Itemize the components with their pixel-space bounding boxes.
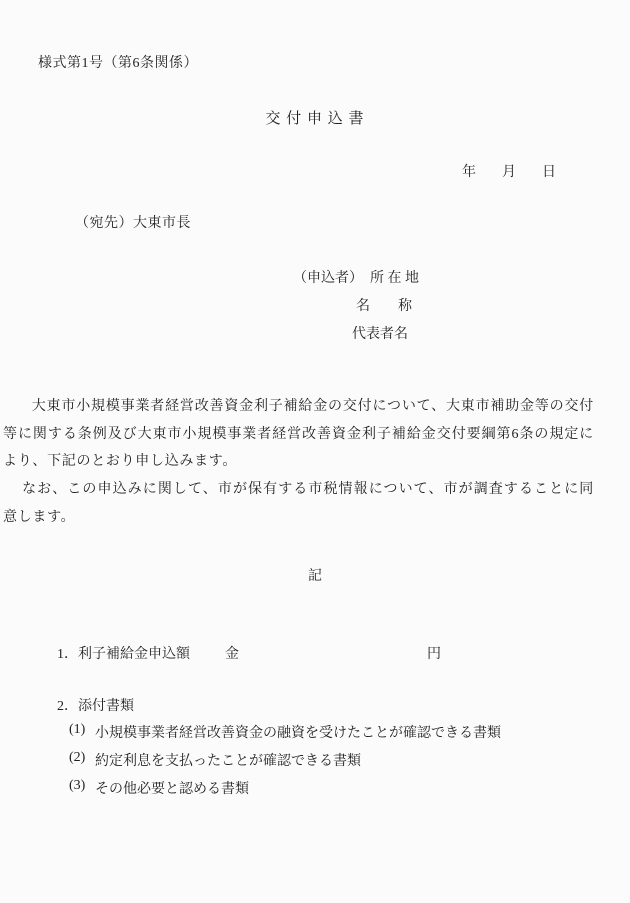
item1-currency-suffix: 円	[427, 643, 441, 663]
applicant-address-label: 所 在 地	[370, 271, 419, 286]
body-paragraph-1: 大東市小規模事業者経営改善資金利子補給金の交付について、大東市補助金等の交付等に…	[3, 393, 594, 476]
date-year-label: 年	[462, 161, 476, 181]
body-paragraph-2: なお、この申込みに関して、市が保有する市税情報について、市が調査することに同意し…	[3, 476, 594, 531]
attachment-item: (2) 約定利息を支払ったことが確認できる書類	[69, 750, 501, 778]
attachment-text: 小規模事業者経営改善資金の融資を受けたことが確認できる書類	[95, 722, 501, 742]
applicant-address-row: （申込者）所 在 地	[293, 267, 419, 287]
applicant-label: （申込者）	[293, 271, 363, 286]
applicant-representative-label: 代表者名	[352, 323, 408, 343]
attachment-number: (2)	[69, 750, 95, 766]
item1-label: 1．利子補給金申込額	[57, 643, 190, 663]
attachment-item: (1) 小規模事業者経営改善資金の融資を受けたことが確認できる書類	[69, 722, 501, 750]
form-number: 様式第1号（第6条関係）	[38, 52, 198, 72]
date-day-label: 日	[542, 161, 556, 181]
attachment-number: (3)	[69, 778, 95, 794]
document-title: 交 付 申 込 書	[0, 107, 630, 128]
attachment-text: 約定利息を支払ったことが確認できる書類	[95, 750, 361, 770]
attachment-item: (3) その他必要と認める書類	[69, 778, 501, 806]
list-marker: 記	[0, 565, 630, 585]
attachment-number: (1)	[69, 722, 95, 738]
body-text: 大東市小規模事業者経営改善資金利子補給金の交付について、大東市補助金等の交付等に…	[3, 393, 594, 532]
item1-currency-prefix: 金	[225, 643, 239, 663]
application-form-page: 様式第1号（第6条関係） 交 付 申 込 書 年 月 日 （宛先）大東市長 （申…	[0, 0, 630, 903]
date-month-label: 月	[502, 161, 516, 181]
attachment-text: その他必要と認める書類	[95, 778, 249, 798]
applicant-name-label: 名 称	[356, 295, 412, 315]
attachment-list: (1) 小規模事業者経営改善資金の融資を受けたことが確認できる書類 (2) 約定…	[69, 722, 501, 806]
item2-label: 2．添付書類	[57, 695, 134, 715]
addressee: （宛先）大東市長	[75, 212, 191, 232]
